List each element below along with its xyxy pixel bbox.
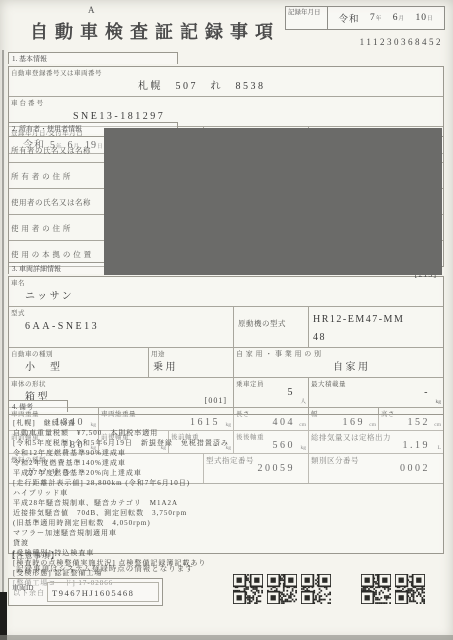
- record-date-box: 記録年月日 令和 7年 6月 10日: [285, 6, 445, 30]
- form-type-mark: A: [88, 5, 96, 15]
- qr-group-gap: [335, 574, 357, 604]
- owner-address-label: 所 有 者 の 住 所: [11, 171, 71, 182]
- document-header: A 自動車検査証記録事項 記録年月日 令和 7年 6月 10日 11123036…: [8, 4, 445, 48]
- private-business-value: 自家用: [238, 362, 371, 373]
- model-value: 6AA-SNE13: [13, 321, 99, 332]
- record-date-era: 令和: [338, 11, 359, 25]
- private-business-label: 自 家 用 ・ 事 業 用 の 別: [236, 349, 322, 359]
- document-footer: 【注意事項】 記録事項はシステム登録時点の情報となります 車両ID T9467H…: [8, 550, 444, 630]
- vehicle-category-label: 自動車の種別: [11, 349, 53, 358]
- category-use-row: 自動車の種別 小 型 用途 乗用 自 家 用 ・ 事 業 用 の 別 自家用: [9, 348, 443, 378]
- use-value: 乗用: [153, 362, 178, 373]
- vehicle-id-label: 車両ID: [9, 579, 47, 605]
- remark-line: [令和5年度税制] 令和5年6月19日 新規登録 免税措置済み: [13, 438, 439, 448]
- remark-line: ハイブリッド車: [13, 488, 439, 498]
- scan-edge-artifact: [2, 50, 4, 640]
- remark-line: [札幌] 継続検査: [13, 418, 439, 428]
- engine-model-label: 原動機の型式: [238, 319, 286, 328]
- qr-code: [395, 574, 425, 604]
- record-date-label: 記録年月日: [286, 7, 328, 29]
- notice-text: 記録事項はシステム登録時点の情報となります: [16, 563, 194, 574]
- vehicle-id-value: T9467HJ1605468: [47, 582, 159, 602]
- chassis-number-label: 車台番号: [11, 98, 45, 107]
- remark-line: 貸渡: [13, 538, 439, 548]
- seating-capacity-label: 乗車定員: [236, 379, 264, 388]
- body-shape-label: 車体の形状: [11, 379, 46, 388]
- qr-code: [361, 574, 391, 604]
- section-owner-user-info: 2. 所有者・使用者情報 所有者の氏名又は名称 所 有 者 の 住 所 使用者の…: [8, 118, 444, 267]
- remark-line: 令和12年度燃費基準90%達成車: [13, 448, 439, 458]
- remark-line: マフラー加速騒音規制適用車: [13, 528, 439, 538]
- record-date-month: 6月: [393, 13, 405, 23]
- user-address-label: 使 用 者 の 住 所: [11, 223, 71, 234]
- scan-bottom-edge: [0, 635, 453, 640]
- max-payload-label: 最大積載量: [311, 379, 346, 388]
- qr-code-row: [233, 574, 444, 604]
- scan-corner-artifact: [0, 592, 7, 640]
- qr-code: [233, 574, 263, 604]
- document-number: 111230368452: [360, 37, 443, 47]
- remarks-box: [札幌] 継続検査 自動車重量税額 ¥7,500 本則税率適用 [令和5年度税制…: [8, 414, 444, 554]
- remark-line: [走行距離計表示値] 28,800km (令和7年6月10日): [13, 478, 439, 488]
- scanned-document-page: A 自動車検査証記録事項 記録年月日 令和 7年 6月 10日 11123036…: [0, 0, 453, 640]
- vehicle-id-box: 車両ID T9467HJ1605468: [8, 578, 163, 606]
- model-label: 型式: [11, 308, 25, 317]
- owner-name-label: 所有者の氏名又は名称: [11, 145, 91, 156]
- engine-model-value: HR12-EM47-MM 48: [313, 314, 404, 343]
- use-label: 用途: [151, 349, 165, 358]
- qr-code: [267, 574, 297, 604]
- redaction-block: [104, 128, 442, 275]
- remark-line: 近接排気騒音値 70dB、測定回転数 3,750rpm: [13, 508, 439, 518]
- make-label: 車名: [11, 278, 25, 287]
- registration-number-value: 札幌 507 れ 8538: [13, 81, 266, 92]
- record-date-value: 令和 7年 6月 10日: [328, 7, 444, 29]
- remark-line: 自動車重量税額 ¥7,500 本則税率適用: [13, 428, 439, 438]
- qr-code: [301, 574, 331, 604]
- registration-number-row: 自動車登録番号又は車両番号 札幌 507 れ 8538: [9, 67, 443, 97]
- remark-line: 令和2年度燃費基準140%達成車: [13, 458, 439, 468]
- record-date-day: 10日: [415, 13, 433, 23]
- remark-line: (旧基準適用時測定回転数 4,050rpm): [13, 518, 439, 528]
- remark-line: 平成28年騒音規制車、騒音カテゴリ M1A2A: [13, 498, 439, 508]
- notice-heading: 【注意事項】: [8, 550, 59, 561]
- user-name-label: 使用者の氏名又は名称: [11, 197, 91, 208]
- section4-heading: 4. 備考: [8, 400, 68, 412]
- registration-number-label: 自動車登録番号又は車両番号: [11, 68, 102, 77]
- document-title: 自動車検査証記録事項: [30, 18, 280, 44]
- vehicle-category-value: 小 型: [13, 362, 63, 373]
- model-engine-row: 型式 6AA-SNE13 原動機の型式 HR12-EM47-MM 48: [9, 307, 443, 348]
- section1-heading: 1. 基本情報: [8, 52, 178, 64]
- section-remarks: 4. 備考 [札幌] 継続検査 自動車重量税額 ¥7,500 本則税率適用 [令…: [8, 396, 444, 554]
- record-date-year: 7年: [370, 13, 382, 23]
- remark-line: 平成27年度燃費基準20%向上達成車: [13, 468, 439, 478]
- make-value: ニッサン: [13, 291, 74, 302]
- make-row: 車名 ニッサン [213]: [9, 277, 443, 307]
